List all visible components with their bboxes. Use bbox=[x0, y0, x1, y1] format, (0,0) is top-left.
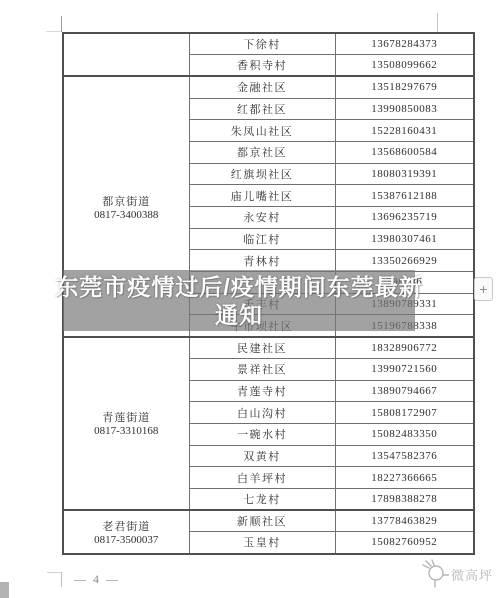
bottom-left-margin-mark-h bbox=[47, 572, 62, 573]
caption-line1: 东莞市疫情过后/疫情期间东莞最新 bbox=[55, 273, 422, 301]
phone-cell: 13518297679 bbox=[335, 76, 474, 98]
phone-cell: 15387612188 bbox=[335, 185, 474, 207]
village-cell: 红都社区 bbox=[189, 98, 335, 120]
village-cell: 都京社区 bbox=[189, 141, 335, 163]
phone-cell: 13990721560 bbox=[335, 358, 474, 380]
sun-doodle-icon bbox=[421, 559, 449, 589]
village-cell: 青莲寺村 bbox=[189, 380, 335, 402]
phone-cell: 15082760952 bbox=[335, 532, 474, 554]
village-cell: 玉皇村 bbox=[189, 532, 335, 554]
watermark-text: 微高坪 bbox=[451, 565, 493, 584]
village-cell: 永安村 bbox=[189, 207, 335, 229]
village-cell: 一碗水村 bbox=[189, 423, 335, 445]
top-left-margin-mark bbox=[61, 16, 62, 32]
street-name: 青莲街道 bbox=[64, 409, 189, 425]
phone-cell: 13547582376 bbox=[335, 445, 474, 467]
caption-line2: 通知 bbox=[215, 301, 263, 329]
village-cell: 景祥社区 bbox=[189, 358, 335, 380]
top-left-margin-mark-h bbox=[46, 31, 61, 32]
top-right-margin-mark bbox=[437, 13, 438, 32]
village-cell: 七龙村 bbox=[189, 488, 335, 510]
table-row: 都京街道0817-3400388金融社区13518297679 bbox=[63, 76, 474, 98]
street-phone: 0817-3500037 bbox=[64, 534, 189, 546]
page-number: — 4 — bbox=[74, 572, 120, 587]
village-cell: 白羊坪村 bbox=[189, 467, 335, 489]
village-cell: 金融社区 bbox=[189, 76, 335, 98]
street-cell bbox=[63, 33, 189, 76]
street-cell: 老君街道0817-3500037 bbox=[63, 510, 189, 553]
village-cell: 白山沟村 bbox=[189, 402, 335, 424]
street-phone: 0817-3310168 bbox=[64, 425, 189, 437]
street-name: 都京街道 bbox=[64, 193, 189, 209]
phone-cell: 13350266929 bbox=[335, 250, 474, 272]
street-phone: 0817-3400388 bbox=[64, 209, 189, 221]
street-name: 老君街道 bbox=[64, 518, 189, 534]
page-edge-artifact bbox=[0, 582, 9, 598]
phone-cell: 13990850083 bbox=[335, 98, 474, 120]
watermark: 微高坪 bbox=[421, 559, 493, 589]
phone-cell: 13696235719 bbox=[335, 207, 474, 229]
phone-cell: 18328906772 bbox=[335, 337, 474, 359]
phone-cell: 13568600584 bbox=[335, 141, 474, 163]
village-cell: 香积寺村 bbox=[189, 55, 335, 77]
bottom-left-margin-mark-v bbox=[61, 572, 62, 587]
village-cell: 双黄村 bbox=[189, 445, 335, 467]
table-row: 老君街道0817-3500037新顺社区13778463829 bbox=[63, 510, 474, 532]
street-cell: 青莲街道0817-3310168 bbox=[63, 337, 189, 511]
table-row: 青莲街道0817-3310168民建社区18328906772 bbox=[63, 337, 474, 359]
village-cell: 民建社区 bbox=[189, 337, 335, 359]
phone-cell: 15808172907 bbox=[335, 402, 474, 424]
phone-cell: 13778463829 bbox=[335, 510, 474, 532]
village-cell: 临江村 bbox=[189, 228, 335, 250]
document-page: 下徐村13678284373香积寺村13508099662都京街道0817-34… bbox=[0, 0, 500, 598]
phone-cell: 13890794667 bbox=[335, 380, 474, 402]
village-cell: 青林村 bbox=[189, 250, 335, 272]
phone-cell: 17898388278 bbox=[335, 488, 474, 510]
phone-cell: 13980307461 bbox=[335, 228, 474, 250]
village-cell: 新顺社区 bbox=[189, 510, 335, 532]
caption-overlay: 东莞市疫情过后/疫情期间东莞最新 通知 bbox=[63, 270, 415, 331]
phone-cell: 13678284373 bbox=[335, 33, 474, 55]
village-cell: 庙儿嘴社区 bbox=[189, 185, 335, 207]
zoom-plus-button[interactable]: + bbox=[474, 277, 493, 301]
table-row: 下徐村13678284373 bbox=[63, 33, 474, 55]
village-cell: 朱凤山社区 bbox=[189, 120, 335, 142]
village-cell: 红旗坝社区 bbox=[189, 163, 335, 185]
phone-cell: 18227366665 bbox=[335, 467, 474, 489]
village-cell: 下徐村 bbox=[189, 33, 335, 55]
phone-cell: 15228160431 bbox=[335, 120, 474, 142]
phone-cell: 15082483350 bbox=[335, 423, 474, 445]
phone-cell: 18080319391 bbox=[335, 163, 474, 185]
phone-cell: 13508099662 bbox=[335, 55, 474, 77]
